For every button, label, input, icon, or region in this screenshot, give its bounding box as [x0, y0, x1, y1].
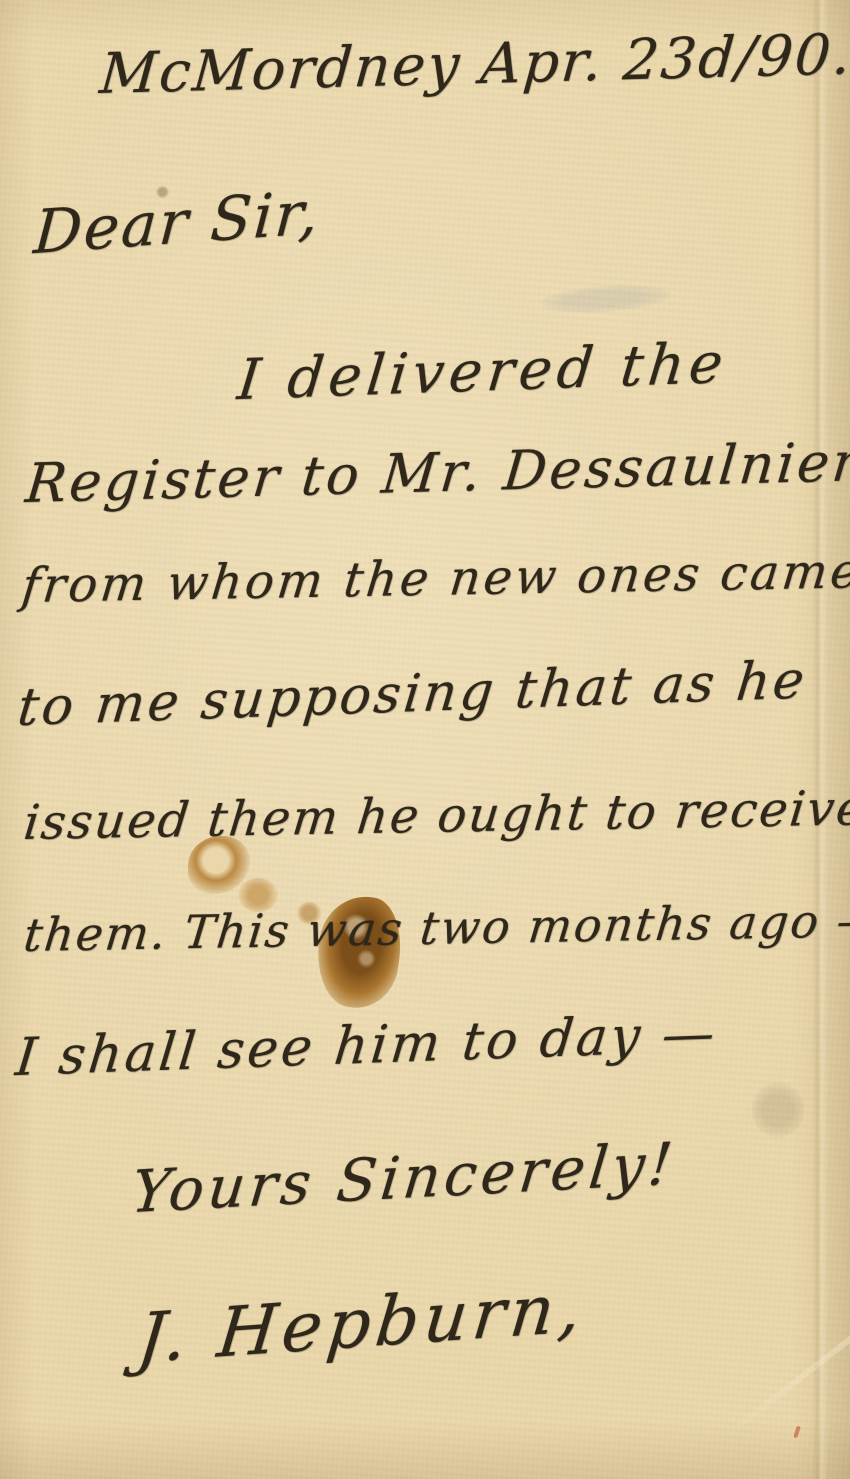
paper-crease-right	[812, 0, 828, 1479]
body-line-3: from whom the new ones came	[19, 543, 850, 614]
closing: Yours Sincerely!	[128, 1129, 679, 1226]
letter-page: McMordney Apr. 23d/90. Dear Sir, I deliv…	[0, 0, 850, 1479]
body-line-7: I shall see him to day —	[13, 1003, 721, 1088]
body-line-2: Register to Mr. Dessaulniers	[23, 429, 850, 515]
dateline: McMordney Apr. 23d/90.	[97, 22, 850, 107]
ink-showthrough-smudge	[539, 281, 670, 316]
body-line-4: to me supposing that as he	[15, 650, 810, 738]
body-line-6: them. This was two months ago —	[21, 893, 850, 962]
paper-smudge-right	[752, 1082, 804, 1138]
paper-crease-corner	[717, 1328, 850, 1444]
body-line-1: I delivered the	[235, 331, 731, 413]
salutation: Dear Sir,	[32, 178, 323, 269]
paper-fleck-red	[793, 1426, 801, 1439]
body-line-5: issued them he ought to receive	[21, 780, 850, 851]
signature-line: J. Hepburn,	[134, 1268, 590, 1379]
